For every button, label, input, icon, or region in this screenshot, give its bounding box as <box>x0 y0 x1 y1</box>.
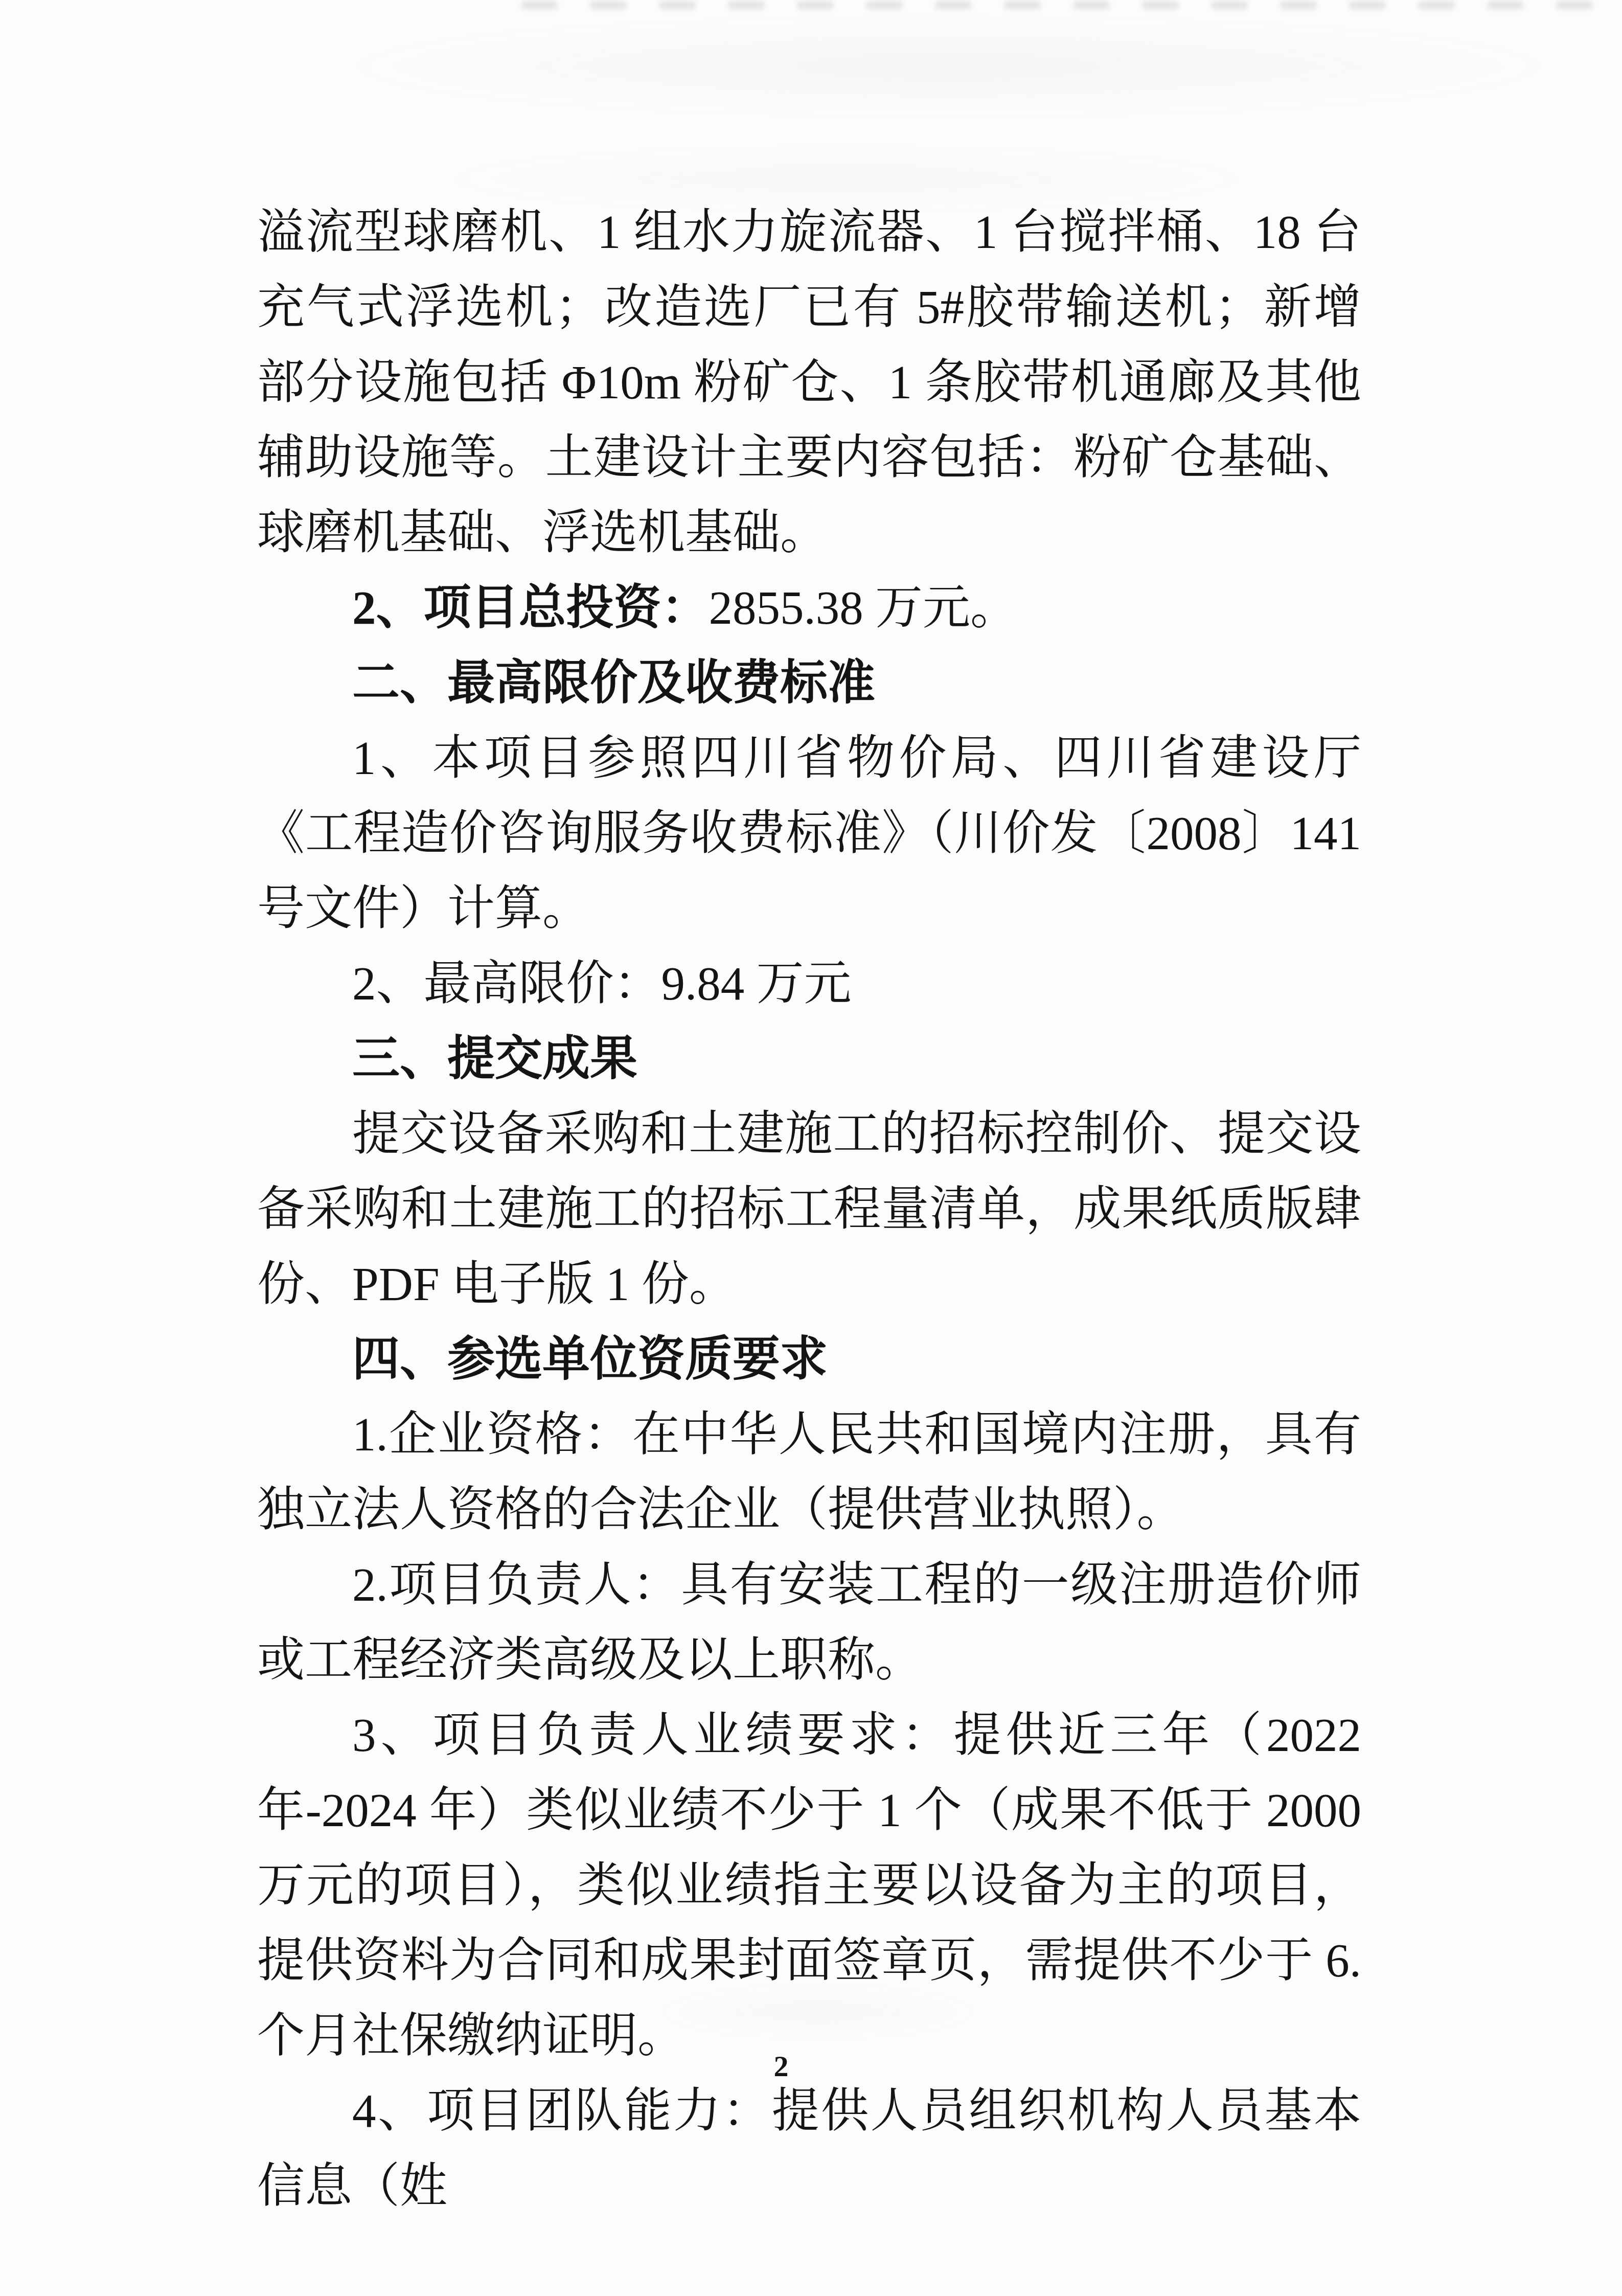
paragraph: 1.企业资格：在中华人民共和国境内注册，具有独立法人资格的合法企业（提供营业执照… <box>257 1397 1361 1548</box>
paragraph-text: 二、最高限价及收费标准 <box>352 657 875 710</box>
paragraph: 2.项目负责人：具有安装工程的一级注册造价师或工程经济类高级及以上职称。 <box>257 1548 1361 1698</box>
paragraph-text: 三、提交成果 <box>352 1033 637 1085</box>
paragraph: 二、最高限价及收费标准 <box>257 646 1361 721</box>
paragraph: 1、本项目参照四川省物价局、四川省建设厅《工程造价咨询服务收费标准》（川价发〔2… <box>257 721 1361 946</box>
paragraph: 2、项目总投资：2855.38 万元。 <box>257 571 1361 646</box>
document-body: 溢流型球磨机、1 组水力旋流器、1 台搅拌桶、18 台充气式浮选机；改造选厂已有… <box>257 195 1361 2224</box>
paragraph-text: 2、最高限价：9.84 万元 <box>352 958 852 1010</box>
scan-artifact-bleedthrough <box>327 20 1569 112</box>
paragraph-text: 1.企业资格：在中华人民共和国境内注册，具有独立法人资格的合法企业（提供营业执照… <box>257 1408 1361 1536</box>
paragraph: 三、提交成果 <box>257 1021 1361 1097</box>
paragraph: 4、项目团队能力：提供人员组织机构人员基本信息（姓 <box>257 2074 1361 2224</box>
document-page: 溢流型球磨机、1 组水力旋流器、1 台搅拌桶、18 台充气式浮选机；改造选厂已有… <box>0 0 1622 2296</box>
paragraph: 四、参选单位资质要求 <box>257 1322 1361 1397</box>
paragraph-text: 2.项目负责人：具有安装工程的一级注册造价师或工程经济类高级及以上职称。 <box>257 1559 1361 1687</box>
paragraph-text: 1、本项目参照四川省物价局、四川省建设厅《工程造价咨询服务收费标准》（川价发〔2… <box>257 732 1361 935</box>
paragraph-text: 四、参选单位资质要求 <box>352 1333 828 1386</box>
scan-artifact-top-edge <box>521 1 1620 9</box>
paragraph: 2、最高限价：9.84 万元 <box>257 946 1361 1021</box>
paragraph: 提交设备采购和土建施工的招标控制价、提交设备采购和土建施工的招标工程量清单，成果… <box>257 1097 1361 1322</box>
page-number: 2 <box>764 2051 798 2082</box>
paragraph-text: 提交设备采购和土建施工的招标控制价、提交设备采购和土建施工的招标工程量清单，成果… <box>257 1108 1361 1311</box>
paragraph-text: 3、项目负责人业绩要求：提供近三年（2022 年-2024 年）类似业绩不少于 … <box>257 1709 1361 2062</box>
paragraph: 3、项目负责人业绩要求：提供近三年（2022 年-2024 年）类似业绩不少于 … <box>257 1698 1361 2074</box>
paragraph-text: 2855.38 万元。 <box>709 582 1018 634</box>
paragraph-text: 溢流型球磨机、1 组水力旋流器、1 台搅拌桶、18 台充气式浮选机；改造选厂已有… <box>257 206 1361 559</box>
paragraph-text: 4、项目团队能力：提供人员组织机构人员基本信息（姓 <box>257 2085 1361 2213</box>
paragraph-prefix: 2、项目总投资： <box>352 582 709 634</box>
paragraph: 溢流型球磨机、1 组水力旋流器、1 台搅拌桶、18 台充气式浮选机；改造选厂已有… <box>257 195 1361 571</box>
